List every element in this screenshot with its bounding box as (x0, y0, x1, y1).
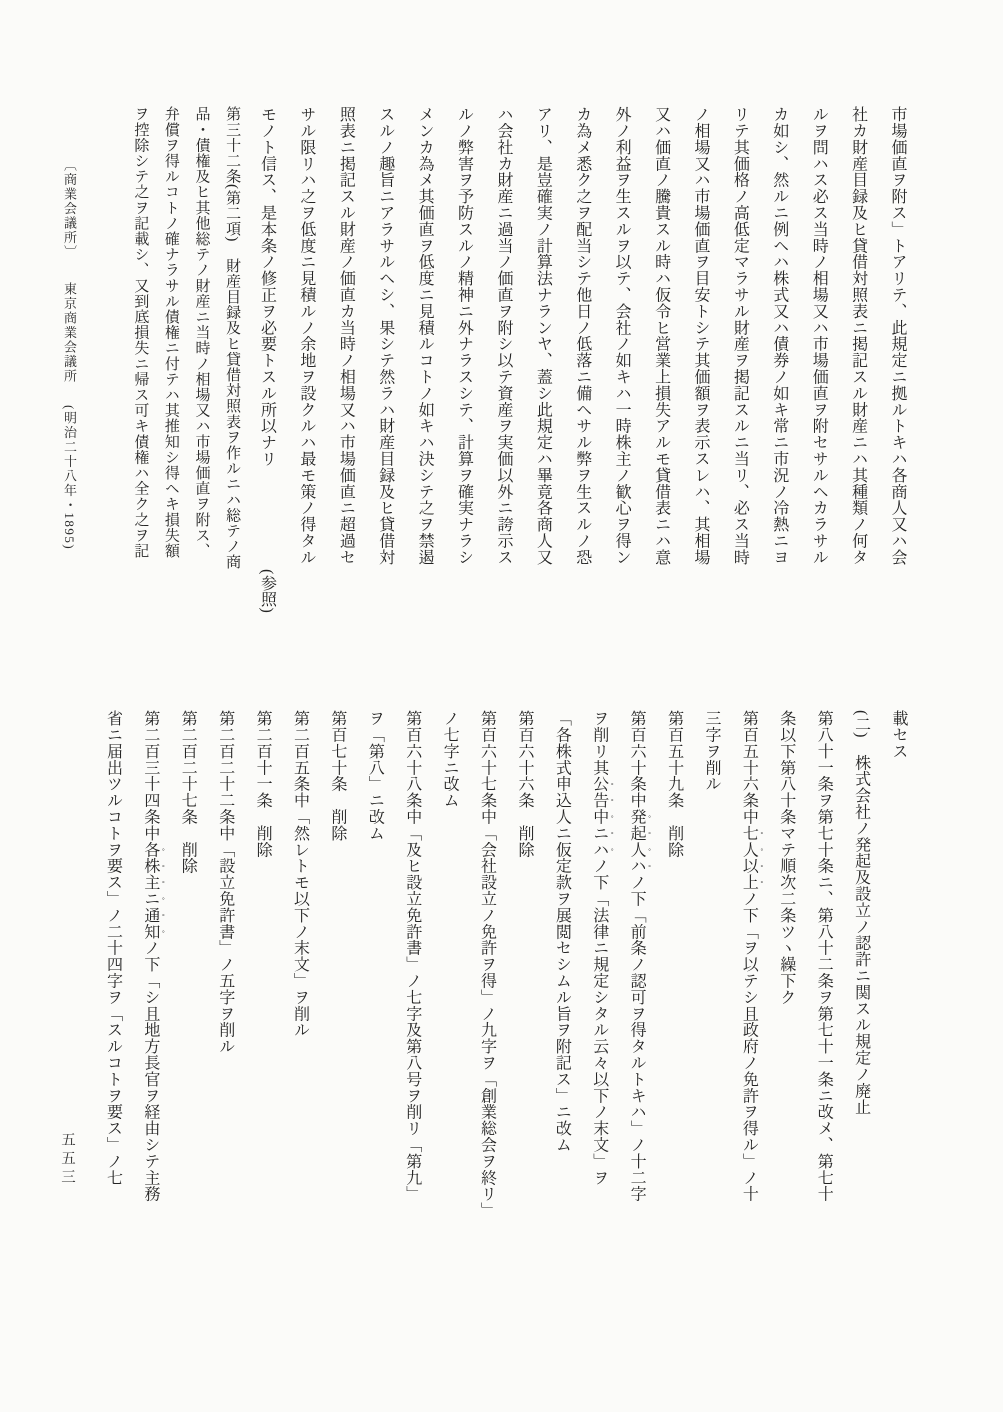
text-column: ノ相場又ハ市場価直ヲ目安トシテ其価額ヲ表示スレハ、其相場 (681, 106, 720, 565)
text-column: 市場価直ヲ附ス」トアリテ、此規定ニ拠ルトキハ各商人又ハ会 (878, 106, 917, 565)
text-column: (二) 株式会社ノ発起及設立ノ認許ニ関スル規定ノ廃止 (842, 710, 879, 1232)
text-column: 第百六十八条中「及ヒ設立免許書」ノ七字及第八号ヲ削リ「第九」 (393, 710, 430, 1232)
text-segment: ノ下「前条ノ認可ヲ得タルトキハ」ノ十二字 (628, 874, 645, 1202)
reference-heading: (参照) (250, 569, 285, 613)
text-segment: 第百六十条中 (628, 710, 645, 808)
text-column: メンカ為メ其価直ヲ低度ニ見積ルコトノ如キハ決シテ之ヲ禁遏 (405, 106, 444, 565)
text-column: 品・債権及ヒ其他総テノ財産ニ当時ノ相場又ハ市場価直ヲ附ス、 (186, 106, 217, 570)
text-segment: ノ下「法律ニ規定シタル云々以下ノ末文」ヲ (591, 858, 608, 1186)
commentary-block: 市場価直ヲ附ス」トアリテ、此規定ニ拠ルトキハ各商人又ハ会 社カ財産目録及ヒ貸借対… (125, 106, 917, 624)
scanned-document-page: 市場価直ヲ附ス」トアリテ、此規定ニ拠ルトキハ各商人又ハ会 社カ財産目録及ヒ貸借対… (0, 0, 1003, 1412)
text-column: 第百六十六条 削除 (506, 710, 543, 1232)
text-column: 三字ヲ削ル (693, 710, 730, 1232)
text-column: 省ニ届出ツルコトヲ要ス」ノ二十四字ヲ「スルコトヲ要ス」ノ七 (94, 710, 131, 1232)
text-column: リテ其価格ノ高低定マラサル財産ヲ掲記スルニ当リ、必ス当時 (720, 106, 759, 565)
text-column: 第二百二十二条中「設立免許書」ノ五字ヲ削ル (206, 710, 243, 1232)
emphasized-text: 公告中ニハ (591, 776, 608, 858)
text-column: 第八十一条ヲ第七十条ニ、第八十二条ヲ第七十一条ニ改メ、第七十 (805, 710, 842, 1232)
text-column: 条以下第八十条マテ順次二条ツヽ繰下ク (767, 710, 804, 1232)
text-column: 第百七十条 削除 (319, 710, 356, 1232)
text-column: 社カ財産目録及ヒ貸借対照表ニ掲記スル財産ニハ其種類ノ何タ (838, 106, 877, 565)
text-column: 第百五十九条 削除 (655, 710, 692, 1232)
running-header-category: 〔商業会議所〕 (62, 158, 77, 260)
text-column: スルノ趣旨ニアラサルヘシ、果シテ然ラハ財産目録及ヒ貸借対 (365, 106, 404, 565)
text-column: サル限リハ之ヲ低度ニ見積ルノ余地ヲ設クルハ最モ策ノ得タル (287, 106, 326, 565)
text-column: 又ハ価直ノ騰貴スル時ハ仮令ヒ営業上損失アルモ貸借表ニハ意 (641, 106, 680, 565)
text-segment: 第百五十六条中 (740, 710, 757, 825)
reference-heading-label: (参照) (250, 569, 285, 613)
text-segment: ノ下「ヲ以テシ且政府ノ免許ヲ得ル」ノ十 (740, 890, 757, 1202)
text-column: 弁償ヲ得ルコトノ確ナラサル債権ニ付テハ其推知シ得ヘキ損失額 (155, 106, 186, 570)
text-column: ルヲ問ハス必ス当時ノ相場又ハ市場価直ヲ附セサルヘカラサル (799, 106, 838, 565)
text-column: 載セス (880, 710, 917, 1232)
emphasized-text: 各株主ニ通知 (142, 841, 159, 939)
text-column: 「各株式申込人ニ仮定款ヲ展閲セシムル旨ヲ附記ス」ニ改ム (543, 710, 580, 1232)
commentary-main-text: 市場価直ヲ附ス」トアリテ、此規定ニ拠ルトキハ各商人又ハ会 社カ財産目録及ヒ貸借対… (247, 106, 917, 565)
text-column: 第二百五条中「然レトモ以下ノ末文」ヲ削ル (281, 710, 318, 1232)
text-column: モノト信ス、是本条ノ修正ヲ必要トスル所以ナリ (247, 106, 286, 565)
running-header-date: (明治二十八年・1895) (62, 405, 77, 550)
text-column: ヲ削リ其公告中ニハノ下「法律ニ規定シタル云々以下ノ末文」ヲ (580, 710, 617, 1232)
text-segment: ノ下「シ且地方長官ヲ経由シテ主務 (142, 940, 159, 1202)
text-segment: ヲ削リ其 (591, 710, 608, 776)
text-column: 外ノ利益ヲ生スルヲ以テ、会社ノ如キハ一時株主ノ歓心ヲ得ン (602, 106, 641, 565)
reference-text: 第三十二条(第二項) 財産目録及ヒ貸借対照表ヲ作ルニハ総テノ商 品・債権及ヒ其他… (125, 106, 247, 570)
text-column: ハ会社カ財産ニ過当ノ価直ヲ附シ以テ資産ヲ実価以外ニ誇示ス (484, 106, 523, 565)
text-column: アリ、是豈確実ノ計算法ナランヤ、蓋シ此規定ハ畢竟各商人又 (523, 106, 562, 565)
text-column: 第二百三十四条中各株主ニ通知ノ下「シ且地方長官ヲ経由シテ主務 (131, 710, 168, 1232)
text-column: ヲ控除シテ之ヲ記載シ、又到底損失ニ帰ス可キ債権ハ全ク之ヲ記 (125, 106, 156, 570)
text-column: 第百六十七条中「会社設立ノ免許ヲ得」ノ九字ヲ「創業総会ヲ終リ」 (468, 710, 505, 1232)
text-segment: 第二百三十四条中 (142, 710, 159, 841)
text-column: 第百六十条中発起人ハノ下「前条ノ認可ヲ得タルトキハ」ノ十二字 (618, 710, 655, 1232)
text-column: カ如シ、然ルニ例ヘハ株式又ハ債券ノ如キ常ニ市況ノ冷熱ニヨ (759, 106, 798, 565)
text-column: ノ七字ニ改ム (431, 710, 468, 1232)
running-header-source: 東京商業会議所 (62, 282, 77, 384)
running-header: 〔商業会議所〕東京商業会議所(明治二十八年・1895) (60, 158, 79, 638)
text-column: 第百五十六条中七人以上ノ下「ヲ以テシ且政府ノ免許ヲ得ル」ノ十 (730, 710, 767, 1232)
text-column: 照表ニ掲記スル財産ノ価直カ当時ノ相場又ハ市場価直ニ超過セ (326, 106, 365, 565)
text-column: カ為メ悉ク之ヲ配当シテ他日ノ低落ニ備ヘサル弊ヲ生スルノ恐 (562, 106, 601, 565)
text-column: ルノ弊害ヲ予防スルノ精神ニ外ナラスシテ、計算ヲ確実ナラシ (444, 106, 483, 565)
emphasized-text: 発起人ハ (628, 808, 645, 874)
text-column: 第三十二条(第二項) 財産目録及ヒ貸借対照表ヲ作ルニハ総テノ商 (217, 106, 248, 570)
amendments-block: 載セス (二) 株式会社ノ発起及設立ノ認許ニ関スル規定ノ廃止 第八十一条ヲ第七十… (94, 710, 917, 1232)
text-column: 第二百二十七条 削除 (169, 710, 206, 1232)
text-column: 第二百十一条 削除 (244, 710, 281, 1232)
page-number: 五五三 (57, 1132, 78, 1222)
emphasized-text: 七人以上 (740, 825, 757, 891)
text-column: ヲ「第八」ニ改ム (356, 710, 393, 1232)
